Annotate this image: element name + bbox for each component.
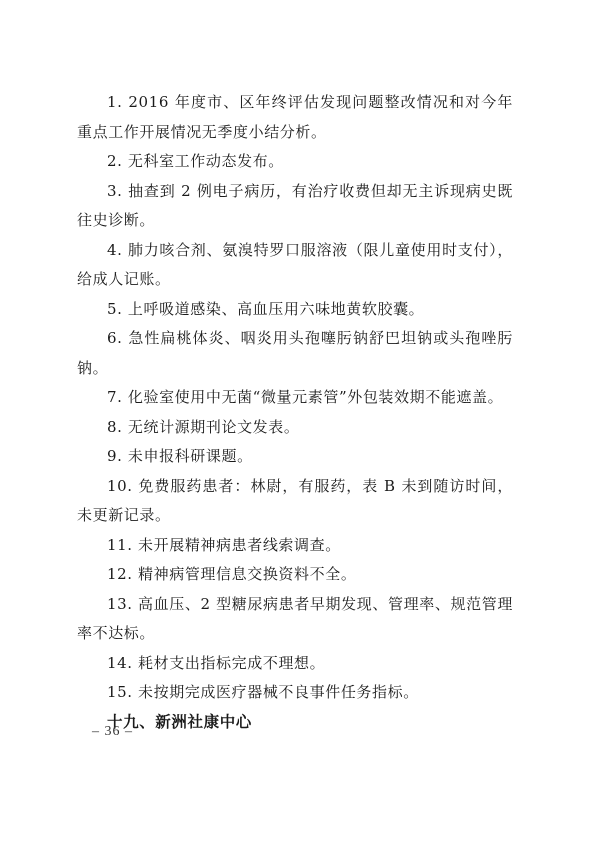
- list-item-7: 7. 化验室使用中无菌“微量元素管”外包装效期不能遮盖。: [77, 383, 513, 413]
- list-item-5: 5. 上呼吸道感染、高血压用六味地黄软胶囊。: [77, 295, 513, 325]
- list-item-13: 13. 高血压、2 型糖尿病患者早期发现、管理率、规范管理率不达标。: [77, 590, 513, 649]
- list-item-9: 9. 未申报科研课题。: [77, 442, 513, 472]
- list-item-6: 6. 急性扁桃体炎、咽炎用头孢噻肟钠舒巴坦钠或头孢唑肟钠。: [77, 324, 513, 383]
- list-item-2: 2. 无科室工作动态发布。: [77, 147, 513, 177]
- list-item-11: 11. 未开展精神病患者线索调查。: [77, 531, 513, 561]
- section-heading: 十九、新洲社康中心: [77, 708, 513, 738]
- list-item-8: 8. 无统计源期刊论文发表。: [77, 413, 513, 443]
- list-item-4: 4. 肺力咳合剂、氨溴特罗口服溶液（限儿童使用时支付），给成人记账。: [77, 236, 513, 295]
- list-item-1: 1. 2016 年度市、区年终评估发现问题整改情况和对今年重点工作开展情况无季度…: [77, 88, 513, 147]
- list-item-15: 15. 未按期完成医疗器械不良事件任务指标。: [77, 678, 513, 708]
- list-item-3: 3. 抽查到 2 例电子病历，有治疗收费但却无主诉现病史既往史诊断。: [77, 177, 513, 236]
- list-item-14: 14. 耗材支出指标完成不理想。: [77, 649, 513, 679]
- list-item-12: 12. 精神病管理信息交换资料不全。: [77, 560, 513, 590]
- list-item-10: 10. 免费服药患者：林尉，有服药，表 B 未到随访时间，未更新记录。: [77, 472, 513, 531]
- page-number: – 36 –: [92, 724, 133, 740]
- document-body: 1. 2016 年度市、区年终评估发现问题整改情况和对今年重点工作开展情况无季度…: [77, 88, 513, 737]
